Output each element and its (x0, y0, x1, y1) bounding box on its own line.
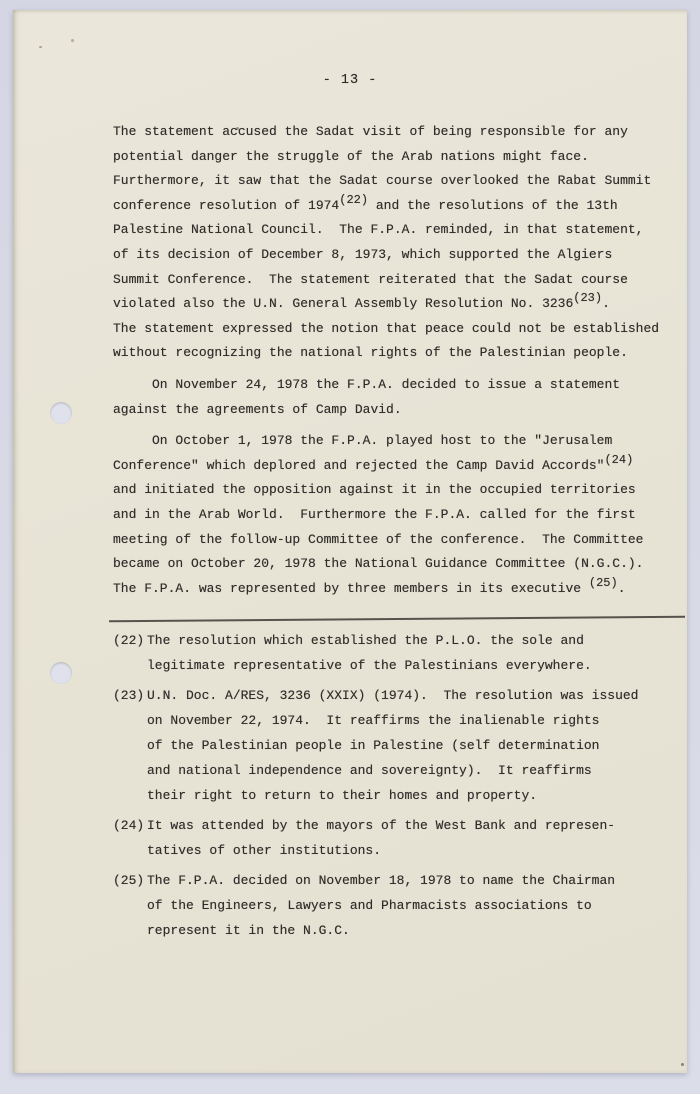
footnote: (24)It was attended by the mayors of the… (113, 813, 673, 863)
footnote-text: The resolution which established the P.L… (147, 628, 673, 678)
text-line: potential danger the struggle of the Ara… (113, 145, 661, 170)
footnote: (22)The resolution which established the… (113, 628, 673, 678)
punch-hole-top (50, 402, 72, 424)
footnote-text: The F.P.A. decided on November 18, 1978 … (147, 868, 673, 943)
text-line: conference resolution of 1974(22) and th… (113, 194, 661, 219)
text-line: Furthermore, it saw that the Sadat cours… (113, 169, 661, 194)
text-line: Conference" which deplored and rejected … (113, 454, 661, 479)
text-line: against the agreements of Camp David. (113, 398, 661, 423)
text-line: The statement accused the Sadat visit of… (113, 120, 661, 145)
footnote-reference: (22) (339, 193, 368, 207)
punch-hole-bottom (50, 662, 72, 684)
document-page: - 13 - The statement accused the Sadat v… (13, 10, 687, 1073)
text-line: Palestine National Council. The F.P.A. r… (113, 218, 661, 243)
text-line: represent it in the N.G.C. (147, 918, 673, 943)
paper-speck (71, 39, 74, 42)
text-line: on November 22, 1974. It reaffirms the i… (147, 708, 673, 733)
text-line: It was attended by the mayors of the Wes… (147, 813, 673, 838)
text-line: The F.P.A. was represented by three memb… (113, 577, 661, 602)
paragraph: The statement accused the Sadat visit of… (113, 120, 661, 366)
text-line: tatives of other institutions. (147, 838, 673, 863)
footnote-reference: (25) (589, 576, 618, 590)
paragraph: On October 1, 1978 the F.P.A. played hos… (113, 429, 661, 601)
text-line: and initiated the opposition against it … (113, 478, 661, 503)
footnote: (23)U.N. Doc. A/RES, 3236 (XXIX) (1974).… (113, 683, 673, 808)
paper-speck (39, 46, 42, 48)
text-line: U.N. Doc. A/RES, 3236 (XXIX) (1974). The… (147, 683, 673, 708)
footnote-marker: (25) (113, 868, 147, 893)
text-line: of the Engineers, Lawyers and Pharmacist… (147, 893, 673, 918)
footnote-separator (109, 616, 685, 623)
scan-background: - 13 - The statement accused the Sadat v… (0, 0, 700, 1094)
text-line: of its decision of December 8, 1973, whi… (113, 243, 661, 268)
text-line: The statement expressed the notion that … (113, 317, 661, 342)
text-line: On October 1, 1978 the F.P.A. played hos… (113, 429, 661, 454)
text-line: violated also the U.N. General Assembly … (113, 292, 661, 317)
body-text: The statement accused the Sadat visit of… (113, 120, 661, 601)
footnote-marker: (23) (113, 683, 147, 708)
paper-speck (681, 1063, 684, 1066)
text-line: became on October 20, 1978 the National … (113, 552, 661, 577)
text-line: meeting of the follow-up Committee of th… (113, 528, 661, 553)
footnote-reference: (23) (573, 291, 602, 305)
text-line: The resolution which established the P.L… (147, 628, 673, 653)
footnote-reference: (24) (604, 453, 633, 467)
text-line: and national independence and sovereignt… (147, 758, 673, 783)
text-line: On November 24, 1978 the F.P.A. decided … (113, 373, 661, 398)
page-number: - 13 - (13, 73, 687, 88)
footnote-marker: (22) (113, 628, 147, 653)
text-line: without recognizing the national rights … (113, 341, 661, 366)
footnote: (25)The F.P.A. decided on November 18, 1… (113, 868, 673, 943)
footnotes: (22)The resolution which established the… (113, 628, 673, 943)
text-line: of the Palestinian people in Palestine (… (147, 733, 673, 758)
footnote-text: U.N. Doc. A/RES, 3236 (XXIX) (1974). The… (147, 683, 673, 808)
footnote-text: It was attended by the mayors of the Wes… (147, 813, 673, 863)
footnote-marker: (24) (113, 813, 147, 838)
text-line: and in the Arab World. Furthermore the F… (113, 503, 661, 528)
text-line: The F.P.A. decided on November 18, 1978 … (147, 868, 673, 893)
paragraph: On November 24, 1978 the F.P.A. decided … (113, 373, 661, 422)
text-line: legitimate representative of the Palesti… (147, 653, 673, 678)
text-line: their right to return to their homes and… (147, 783, 673, 808)
text-line: Summit Conference. The statement reitera… (113, 268, 661, 293)
